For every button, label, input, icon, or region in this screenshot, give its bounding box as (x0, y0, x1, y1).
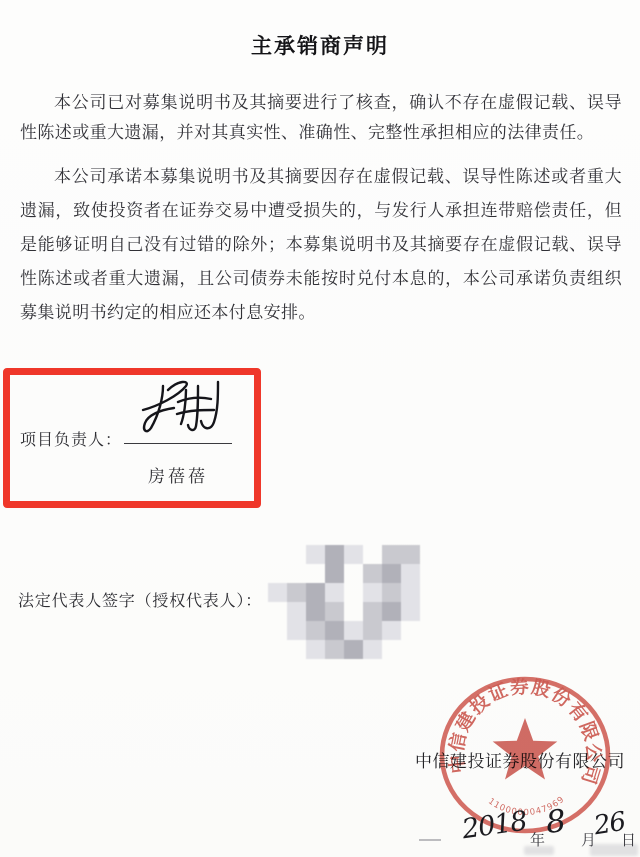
mosaic-cell (363, 602, 382, 621)
paragraph-line: 性陈述或者重大遗漏，且公司债券未能按时兑付本息的，本公司承诺负责组织 (20, 262, 622, 296)
mosaic-cell (268, 545, 287, 564)
paragraph-line: 是能够证明自己没有过错的除外；本募集说明书及其摘要存在虚假记载、误导 (20, 228, 622, 262)
mosaic-cell (344, 545, 363, 564)
paragraph-2: 本公司承诺本募集说明书及其摘要因存在虚假记载、误导性陈述或者重大 遗漏，致使投资… (20, 160, 622, 330)
mosaic-cell (325, 640, 344, 659)
mosaic-cell (306, 583, 325, 602)
mosaic-cell (344, 602, 363, 621)
mosaic-cell (401, 602, 420, 621)
mosaic-cell (306, 602, 325, 621)
mosaic-cell (382, 545, 401, 564)
mosaic-cell (401, 640, 420, 659)
mosaic-cell (287, 640, 306, 659)
mosaic-cell (306, 621, 325, 640)
mosaic-cell (306, 640, 325, 659)
mosaic-cell (382, 602, 401, 621)
mosaic-cell (363, 564, 382, 583)
mosaic-cell (382, 583, 401, 602)
handwritten-month: 8 (544, 803, 567, 841)
mosaic-cell (401, 545, 420, 564)
mosaic-cell (344, 564, 363, 583)
mosaic-cell (382, 640, 401, 659)
document-title: 主承销商声明 (0, 30, 640, 60)
mosaic-cell (268, 621, 287, 640)
legal-representative-label: 法定代表人签字（授权代表人）： (18, 588, 262, 611)
mosaic-cell (268, 602, 287, 621)
mosaic-cell (382, 564, 401, 583)
mosaic-cell (306, 545, 325, 564)
mosaic-cell (344, 640, 363, 659)
mosaic-cell (306, 564, 325, 583)
mosaic-cell (287, 621, 306, 640)
scanned-document-page: 主承销商声明 本公司已对募集说明书及其摘要进行了核查，确认不存在虚假记载、误导 … (0, 0, 640, 857)
mosaic-cell (325, 564, 344, 583)
project-leader-name: 房蓓蓓 (148, 462, 208, 487)
mosaic-cell (363, 621, 382, 640)
mosaic-cell (287, 564, 306, 583)
mosaic-cell (363, 545, 382, 564)
mosaic-cell (363, 640, 382, 659)
mosaic-cell (325, 602, 344, 621)
mosaic-cell (287, 545, 306, 564)
paragraph-line: 本公司已对募集说明书及其摘要进行了核查，确认不存在虚假记载、误导 (20, 88, 622, 118)
signature-underline (124, 443, 232, 444)
mosaic-cell (287, 602, 306, 621)
mosaic-cell (401, 564, 420, 583)
mosaic-cell (363, 583, 382, 602)
paragraph-1: 本公司已对募集说明书及其摘要进行了核查，确认不存在虚假记载、误导 性陈述或重大遗… (20, 88, 622, 148)
seal-star (493, 718, 558, 780)
paragraph-line: 性陈述或重大遗漏，并对其真实性、准确性、完整性承担相应的法律责任。 (20, 118, 622, 148)
mosaic-cell (325, 545, 344, 564)
mosaic-cell (344, 583, 363, 602)
year-unit-label: 年 (530, 829, 545, 850)
mosaic-cell (382, 621, 401, 640)
month-unit-label: 月 (581, 829, 596, 850)
paragraph-line: 本公司承诺本募集说明书及其摘要因存在虚假记载、误导性陈述或者重大 (20, 160, 622, 194)
mosaic-cell (268, 564, 287, 583)
mosaic-cell (401, 583, 420, 602)
mosaic-cell (268, 583, 287, 602)
censored-signature-mosaic (268, 545, 420, 659)
project-leader-signature-ink (128, 374, 232, 442)
mosaic-cell (268, 640, 287, 659)
mosaic-cell (401, 621, 420, 640)
mosaic-cell (344, 621, 363, 640)
handwritten-day: 26 (592, 807, 627, 841)
mosaic-cell (325, 621, 344, 640)
mosaic-cell (287, 583, 306, 602)
project-leader-label: 项目负责人： (20, 427, 122, 450)
paragraph-line: 遗漏，致使投资者在证券交易中遭受损失的，与发行人承担连带赔偿责任，但 (20, 194, 622, 228)
mosaic-cell (325, 583, 344, 602)
paragraph-line: 募集说明书约定的相应还本付息安排。 (20, 296, 622, 330)
